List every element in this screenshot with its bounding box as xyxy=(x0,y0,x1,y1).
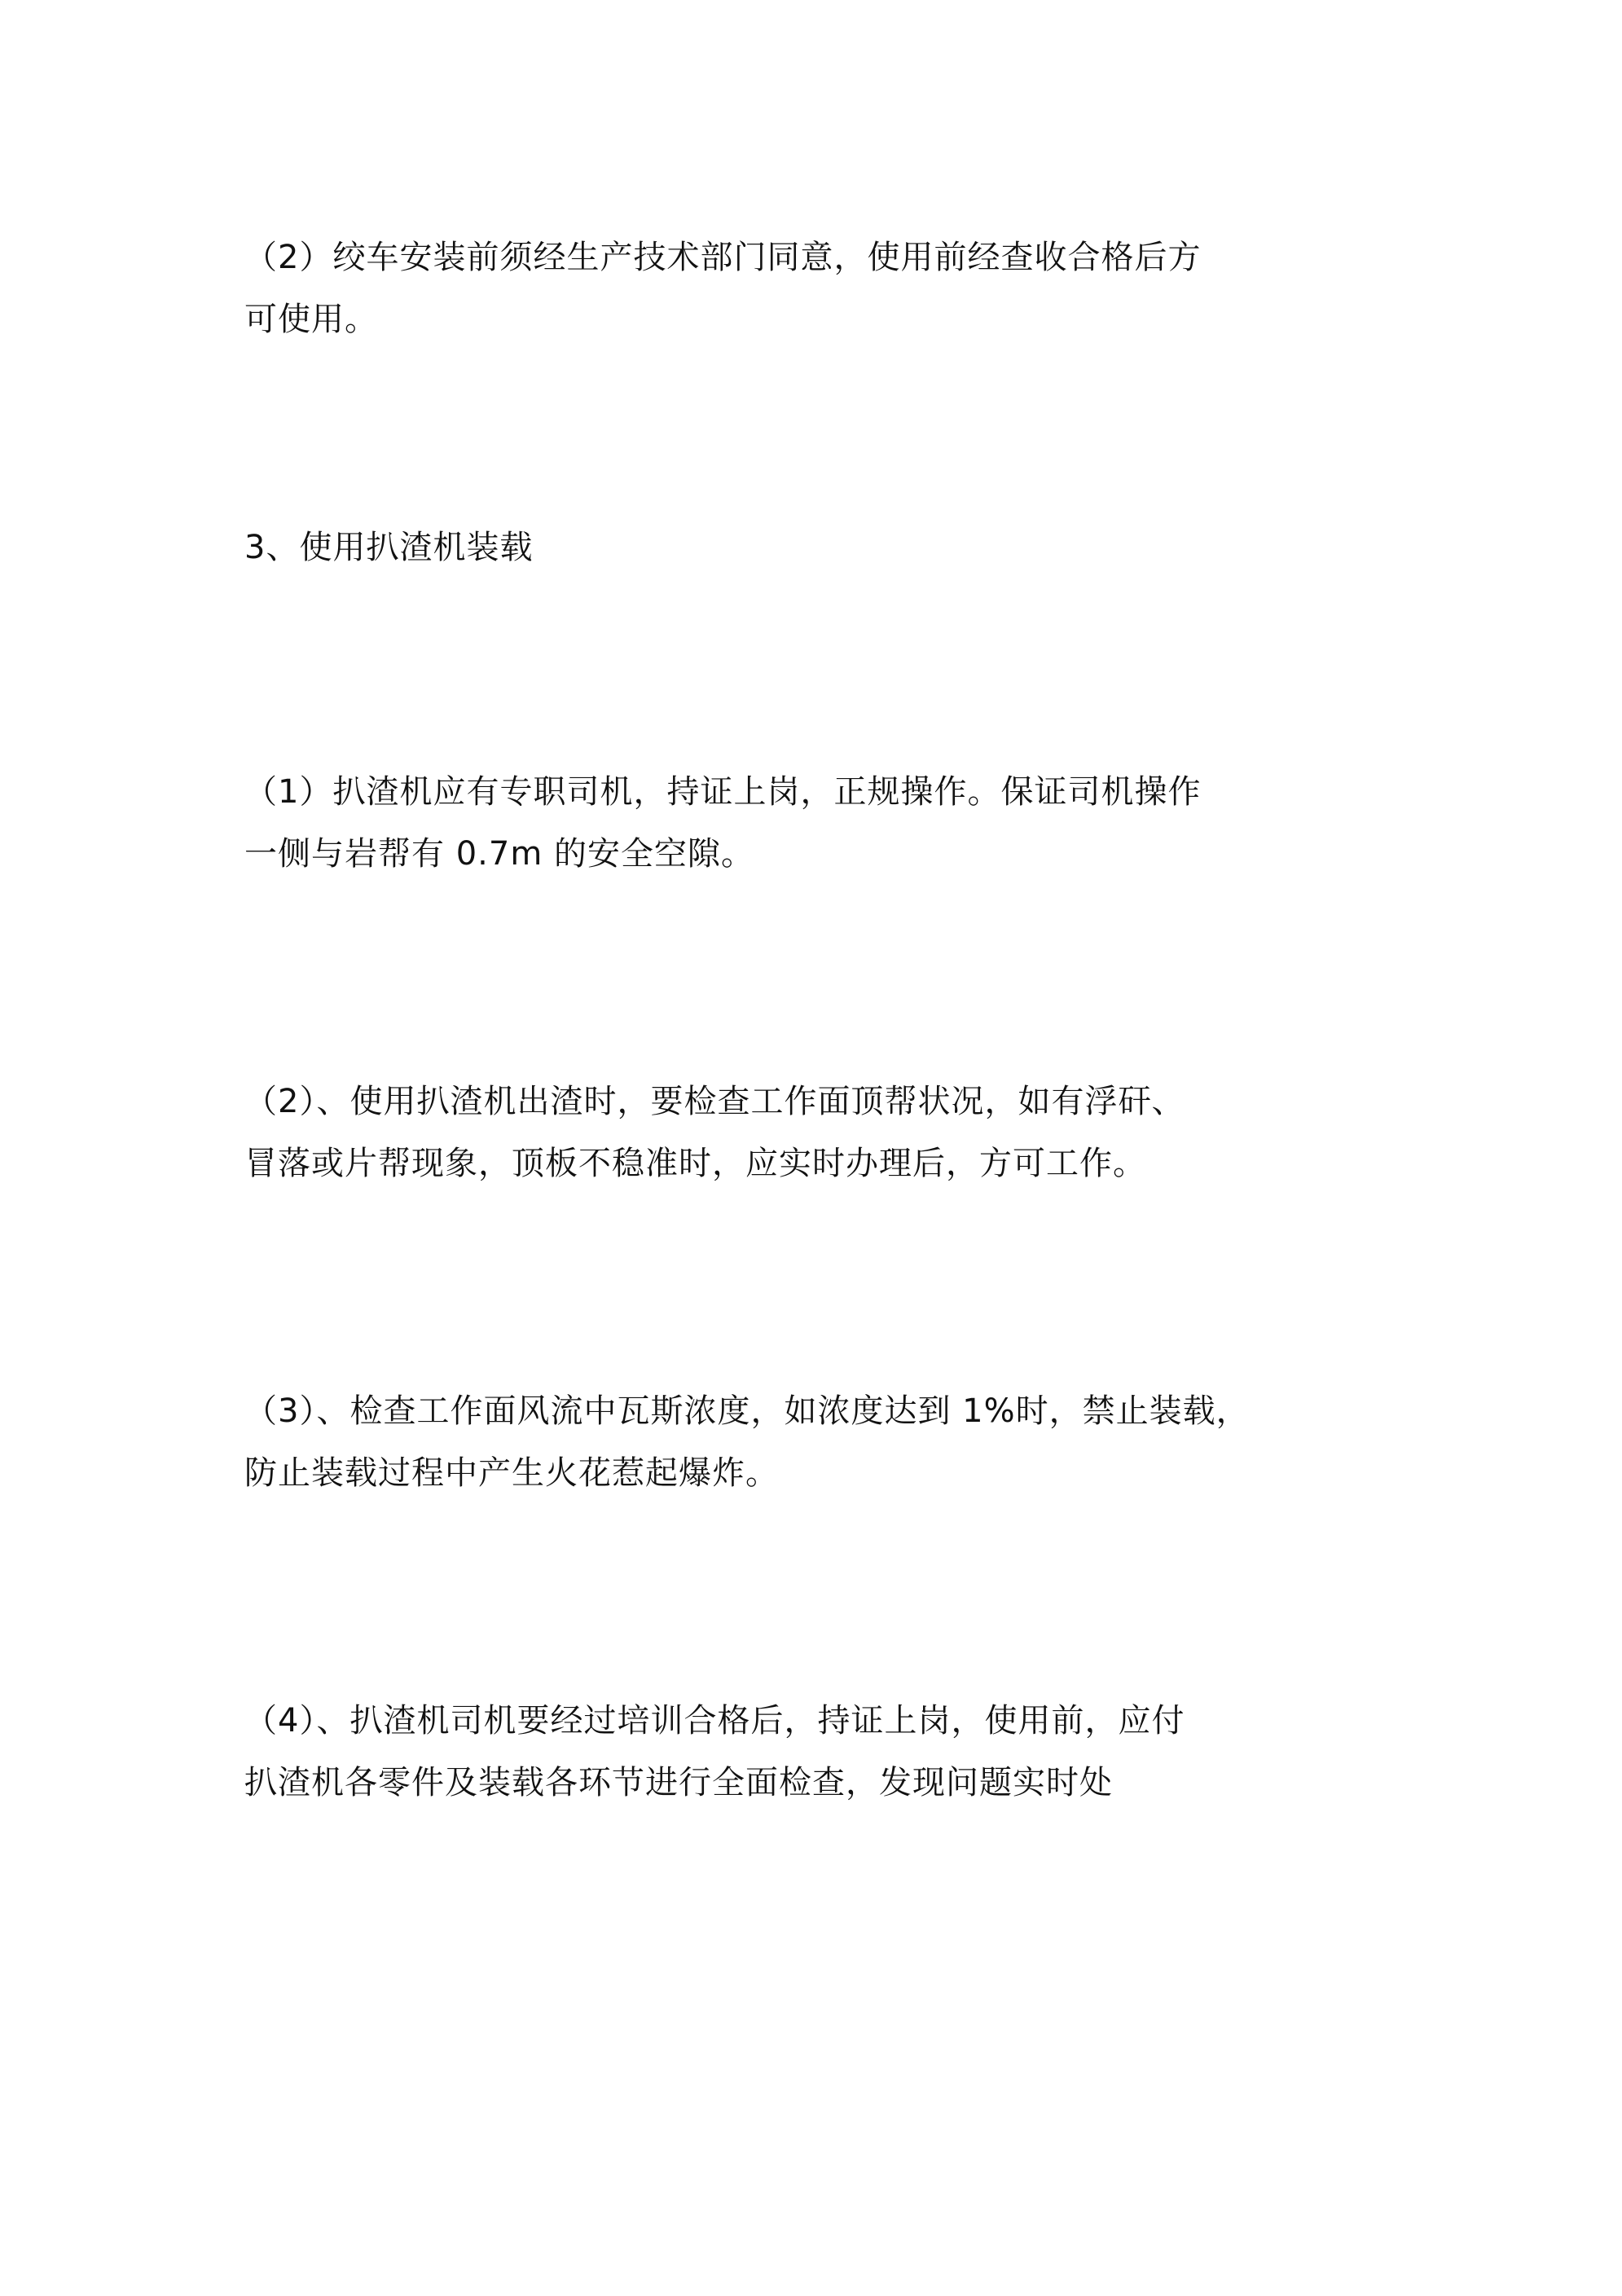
text-line: （4）、扒渣机司机要经过培训合格后，持证上岗，使用前，应付 xyxy=(244,1701,1385,1740)
document-page: （2）绞车安装前须经生产技术部门同意，使用前经查收合格后方 可使用。 3、使用扒… xyxy=(0,0,1622,2296)
section-heading-loader: 3、使用扒渣机装载 xyxy=(244,528,1385,567)
text-line: （2）、使用扒渣机出渣时，要检查工作面顶帮状况，如有浮矸、 xyxy=(244,1082,1385,1121)
text-line: （1）扒渣机应有专职司机，持证上岗，正规操作。保证司机操作 xyxy=(244,772,1385,812)
paragraph-item-2: （2）、使用扒渣机出渣时，要检查工作面顶帮状况，如有浮矸、 冒落或片帮现象，顶板… xyxy=(244,1082,1385,1183)
paragraph-item-3: （3）、检查工作面风流中瓦斯浓度，如浓度达到 1%时，禁止装载， 防止装载过程中… xyxy=(244,1392,1385,1493)
text-line: 可使用。 xyxy=(244,300,1385,339)
text-line: 防止装载过程中产生火花惹起爆炸。 xyxy=(244,1454,1385,1493)
heading-text: 3、使用扒渣机装载 xyxy=(244,528,1385,567)
text-line: 冒落或片帮现象，顶板不稳准时，应实时办理后，方可工作。 xyxy=(244,1144,1385,1183)
paragraph-item-4: （4）、扒渣机司机要经过培训合格后，持证上岗，使用前，应付 扒渣机各零件及装载各… xyxy=(244,1701,1385,1802)
text-line: 扒渣机各零件及装载各环节进行全面检查，发现问题实时处 xyxy=(244,1763,1385,1802)
text-line: （2）绞车安装前须经生产技术部门同意，使用前经查收合格后方 xyxy=(244,238,1385,277)
text-line: （3）、检查工作面风流中瓦斯浓度，如浓度达到 1%时，禁止装载， xyxy=(244,1392,1385,1431)
paragraph-winch-approval: （2）绞车安装前须经生产技术部门同意，使用前经查收合格后方 可使用。 xyxy=(244,238,1385,339)
paragraph-item-1: （1）扒渣机应有专职司机，持证上岗，正规操作。保证司机操作 一侧与岩帮有 0.7… xyxy=(244,772,1385,873)
text-line: 一侧与岩帮有 0.7m 的安全空隙。 xyxy=(244,834,1385,873)
